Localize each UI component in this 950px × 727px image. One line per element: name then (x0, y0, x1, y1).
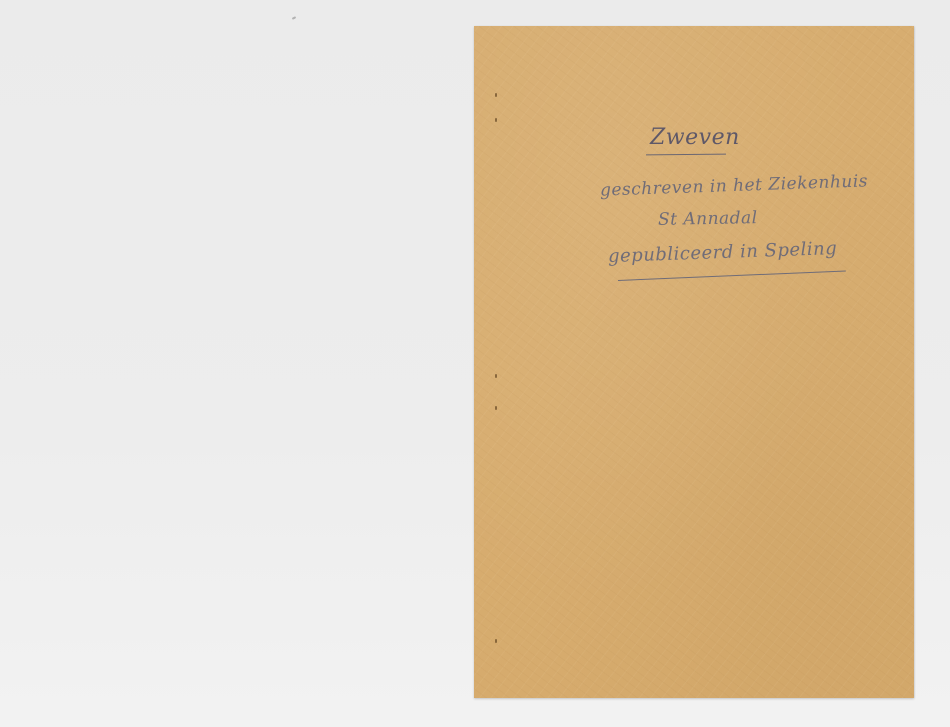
binding-hole (495, 406, 497, 410)
binding-hole (495, 118, 497, 122)
published-underline (618, 270, 846, 281)
handwritten-line-published: gepubliceerd in Speling (608, 238, 838, 267)
binding-hole (495, 374, 497, 378)
handwritten-line-written-in: geschreven in het Ziekenhuis (600, 171, 869, 200)
handwritten-title: Zweven (650, 125, 740, 150)
binding-hole (495, 93, 497, 97)
cover-sheet: Zweven geschreven in het Ziekenhuis St A… (474, 26, 914, 698)
background-speck (292, 16, 296, 20)
binding-hole (495, 639, 497, 643)
handwritten-line-hospital: St Annadal (658, 208, 758, 230)
title-underline (646, 154, 726, 156)
